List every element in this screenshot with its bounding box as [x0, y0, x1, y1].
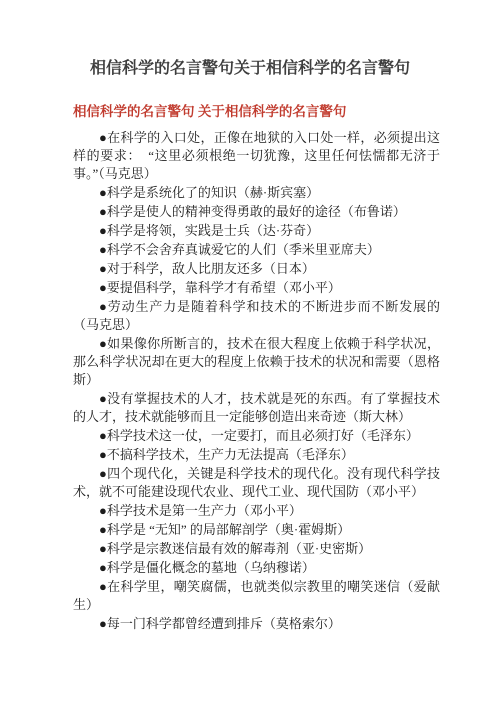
quote-item: ●科学是将领，实践是士兵（达·芬奇） [73, 222, 440, 240]
quote-item: ●四个现代化，关键是科学技术的现代化。没有现代科学技术，就不可能建设现代农业、现… [73, 465, 440, 501]
quote-item: ●对于科学，敌人比朋友还多（日本） [73, 260, 440, 278]
quote-item: ●科学是僵化概念的墓地（乌纳穆诺） [73, 559, 440, 577]
quote-item: ●科学不会舍弃真诚爱它的人们（季米里亚席夫） [73, 241, 440, 259]
quote-item: ●每一门科学都曾经遭到排斥（莫格索尔） [73, 615, 440, 633]
quote-item: ●如果像你所断言的，技术在很大程度上依赖于科学状况，那么科学状况却在更大的程度上… [73, 335, 440, 389]
quote-item: ●科学是系统化了的知识（赫·斯宾塞） [73, 184, 440, 202]
quote-item: ●在科学里，嘲笑腐儒，也就类似宗教里的嘲笑迷信（爱献生） [73, 578, 440, 614]
quote-item: ●劳动生产力是随着科学和技术的不断进步而不断发展的（马克思） [73, 298, 440, 334]
quote-item: ●要提倡科学，靠科学才有希望（邓小平） [73, 279, 440, 297]
quote-item: ●不搞科学技术，生产力无法提高（毛泽东） [73, 446, 440, 464]
quote-list: ●在科学的入口处，正像在地狱的入口处一样，必须提出这样的要求： “这里必须根绝一… [73, 129, 440, 633]
quote-item: ●科学是 “无知” 的局部解剖学（奥·霍姆斯） [73, 521, 440, 539]
quote-item: ●科学是宗教迷信最有效的解毒剂（亚·史密斯） [73, 540, 440, 558]
section-subtitle: 相信科学的名言警句 关于相信科学的名言警句 [73, 104, 438, 120]
quote-item: ●科学技术这一仗，一定要打，而且必须打好（毛泽东） [73, 427, 440, 445]
quote-item: ●科学是使人的精神变得勇敢的最好的途径（布鲁诺） [73, 203, 440, 221]
document-page: 相信科学的名言警句关于相信科学的名言警句 相信科学的名言警句 关于相信科学的名言… [0, 0, 500, 707]
quote-item: ●没有掌握技术的人才，技术就是死的东西。有了掌握技术的人才，技术就能够而且一定能… [73, 390, 440, 426]
quote-item: ●在科学的入口处，正像在地狱的入口处一样，必须提出这样的要求： “这里必须根绝一… [73, 129, 440, 183]
quote-item: ●科学技术是第一生产力（邓小平） [73, 502, 440, 520]
page-title: 相信科学的名言警句关于相信科学的名言警句 [0, 0, 500, 78]
